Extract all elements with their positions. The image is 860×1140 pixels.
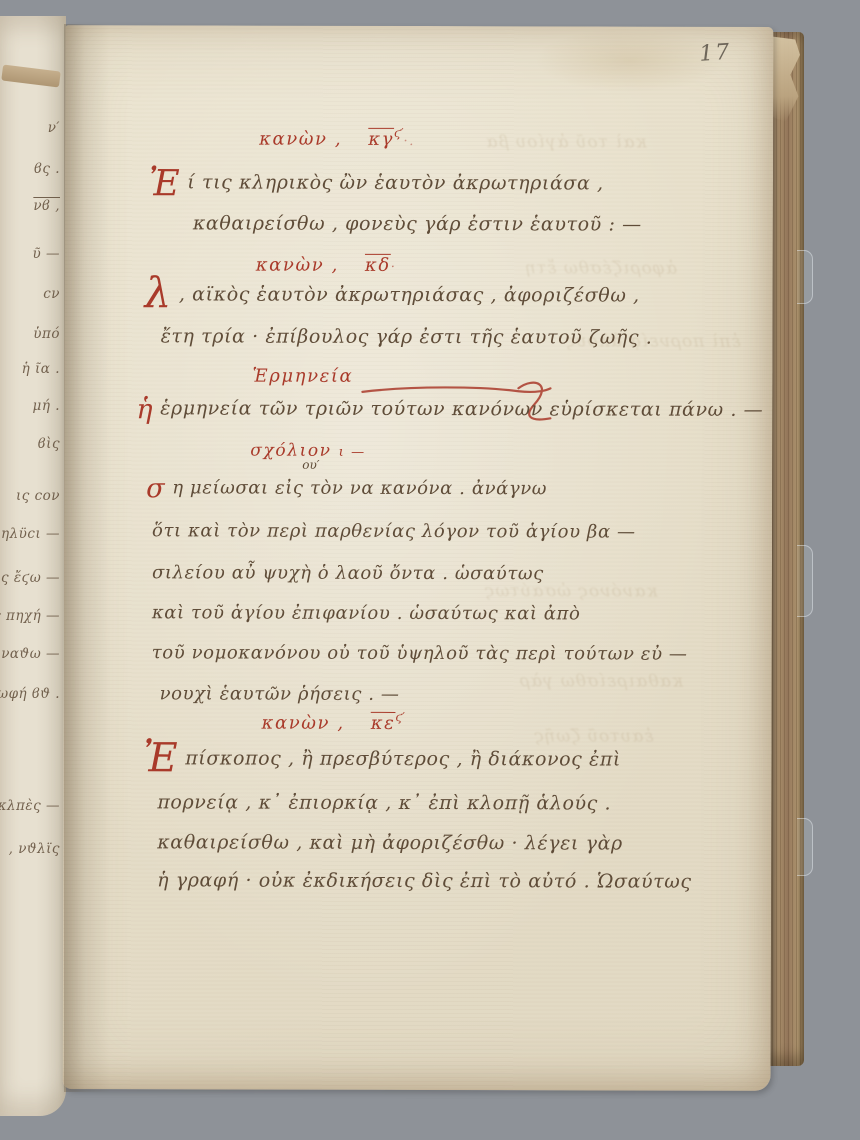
canon-heading-punct: ·.: [403, 134, 415, 149]
marginal-fragment: ηλϋϲι —: [1, 526, 60, 542]
manuscript-page: 17 καὶ τοῦ ἁγίου βα ἀφοριζέσθω ἔτη ἐπὶ π…: [63, 25, 774, 1091]
page-number: 17: [699, 40, 733, 67]
hermeneia-line: ἡἑρμηνεία τῶν τριῶν τούτων κανόνων εὑρίσ…: [136, 397, 763, 421]
canon-23-heading: κανὼν ,κγϛ′·.: [259, 126, 415, 150]
marginal-fragment: ωφή ϐϑ .: [0, 686, 60, 702]
scholion-line: νουχὶ ἑαυτῶν ῥήσεις . —: [160, 683, 400, 705]
show-through-line: ἀφοριζέσθω ἔτη: [525, 258, 677, 278]
marginal-fragment: ῦ —: [33, 246, 61, 262]
marginal-fragment: , νϑλϊς: [9, 841, 60, 857]
rubric-initial: Ἐ: [143, 735, 178, 781]
stain: [535, 28, 725, 92]
canon-heading-number: κδ: [365, 255, 391, 276]
binding-headband: [1, 65, 61, 88]
canon-25-line: πορνείᾳ , κ᾽ ἐπιορκίᾳ , κ᾽ ἐπὶ κλοπῇ ἁλο…: [157, 791, 611, 814]
marginal-fragment: ις ϲον: [16, 488, 60, 504]
show-through-line: καὶ τοῦ ἁγίου βα: [485, 132, 647, 152]
marginal-fragment: ϲν: [43, 286, 60, 302]
canon-24-line: ἔτη τρία · ἐπίβουλος γάρ ἐστι τῆς ἑαυτοῦ…: [161, 325, 653, 348]
canon-25-heading: κανὼν ,κεϛ′: [262, 710, 405, 734]
canon-25-line: Ἐπίσκοπος , ἢ πρεσβύτερος , ἢ διάκονος ἐ…: [143, 747, 621, 770]
marginal-fragment: ος ἔϛω —: [0, 570, 60, 586]
facing-page-edge: ν′ ϐς . νϐ , ῦ — ϲν ὑπό ἡ ῖα . μή . ϐὶς …: [0, 16, 66, 1116]
canon-heading-number: κγ: [368, 129, 394, 150]
scholion-line: καὶ τοῦ ἁγίου ἐπιφανίου . ὡσαύτως καὶ ἀπ…: [152, 602, 581, 624]
marginal-fragment: ϐς .: [34, 161, 60, 177]
canon-25-line: καθαιρείσθω , καὶ μὴ ἀφοριζέσθω · λέγει …: [157, 831, 623, 854]
marginal-fragment: νϐ ,: [33, 198, 60, 214]
scholion-line: σιλείου αὖ ψυχὴ ὁ λαοῦ ὄντα . ὡσαύτως: [152, 562, 544, 584]
canon-24-heading: κανὼν ,κδ·: [256, 255, 397, 276]
hermeneia-line-text: ἑρμηνεία τῶν τριῶν τούτων κανόνων εὑρίσκ…: [160, 397, 763, 421]
marginal-fragment: ες πηχή —: [0, 608, 60, 624]
canon-heading-punct: ·: [391, 260, 397, 275]
canon-heading-sup: ϛ′: [395, 710, 404, 724]
interlinear-note: ου′: [302, 458, 319, 472]
page-clip: [797, 818, 813, 876]
photo-background: ν′ ϐς . νϐ , ῦ — ϲν ὑπό ἡ ῖα . μή . ϐὶς …: [0, 0, 860, 1140]
marginal-fragment: ϐὶς: [38, 436, 60, 452]
scholion-line: ὅτι καὶ τὸν περὶ παρθενίας λόγον τοῦ ἁγί…: [152, 520, 636, 542]
show-through-line: ἑαυτοῦ ζωῆς: [534, 726, 654, 746]
page-clip: [797, 250, 813, 304]
canon-24-line: λ, αϊκὸς ἑαυτὸν ἀκρωτηριάσας , ἀφοριζέσθ…: [145, 283, 640, 306]
scholion-heading-punct: ι —: [339, 445, 366, 460]
marginal-fragment: ν′: [48, 120, 60, 136]
canon-heading-number: κε: [371, 713, 396, 734]
hermeneia-heading: Ἑρμηνεία: [252, 366, 353, 387]
marginal-fragment: ἡ ῖα .: [22, 361, 60, 377]
rubric-initial: Ἐ: [149, 163, 180, 204]
scholion-line: ση μείωσαι εἰς τὸν να κανόνα . ἀνάγνω: [146, 477, 547, 499]
rubric-initial: ἡ: [136, 394, 153, 425]
canon-23-line: Ἐί τις κληρικὸς ὢν ἑαυτὸν ἀκρωτηριάσα ,: [149, 171, 604, 194]
scholion-line: τοῦ νομοκανόνου οὐ τοῦ ὑψηλοῦ τὰς περὶ τ…: [152, 642, 688, 664]
rubric-initial: σ: [146, 473, 165, 504]
canon-line-text: πίσκοπος , ἢ πρεσβύτερος , ἢ διάκονος ἐπ…: [185, 747, 621, 770]
marginal-fragment: κλπὲς —: [0, 798, 60, 814]
canon-heading-label: κανὼν ,: [256, 255, 339, 276]
canon-line-text: , αϊκὸς ἑαυτὸν ἀκρωτηριάσας , ἀφοριζέσθω…: [179, 283, 640, 306]
marginal-fragment: μή .: [33, 398, 60, 414]
show-through-line: καθαιρείσθω γὰρ: [519, 671, 684, 691]
canon-heading-label: κανὼν ,: [262, 713, 345, 734]
scholion-line-text: η μείωσαι εἰς τὸν να κανόνα . ἀνάγνω: [172, 477, 547, 499]
page-clip: [797, 545, 813, 617]
canon-25-line: ἡ γραφή · οὐκ ἐκδικήσεις δὶς ἐπὶ τὸ αὐτό…: [157, 869, 692, 892]
canon-line-text: ί τις κληρικὸς ὢν ἑαυτὸν ἀκρωτηριάσα ,: [187, 171, 603, 194]
marginal-fragment: ὑπό: [33, 326, 60, 342]
marginal-fragment: ϐιναϑω —: [0, 646, 60, 662]
canon-heading-label: κανὼν ,: [259, 129, 342, 150]
canon-heading-sup: ϛ′: [394, 126, 403, 140]
rubric-initial: λ: [145, 268, 172, 317]
canon-23-line: καθαιρείσθω , φονεὺς γάρ ἐστιν ἑαυτοῦ : …: [193, 212, 642, 235]
